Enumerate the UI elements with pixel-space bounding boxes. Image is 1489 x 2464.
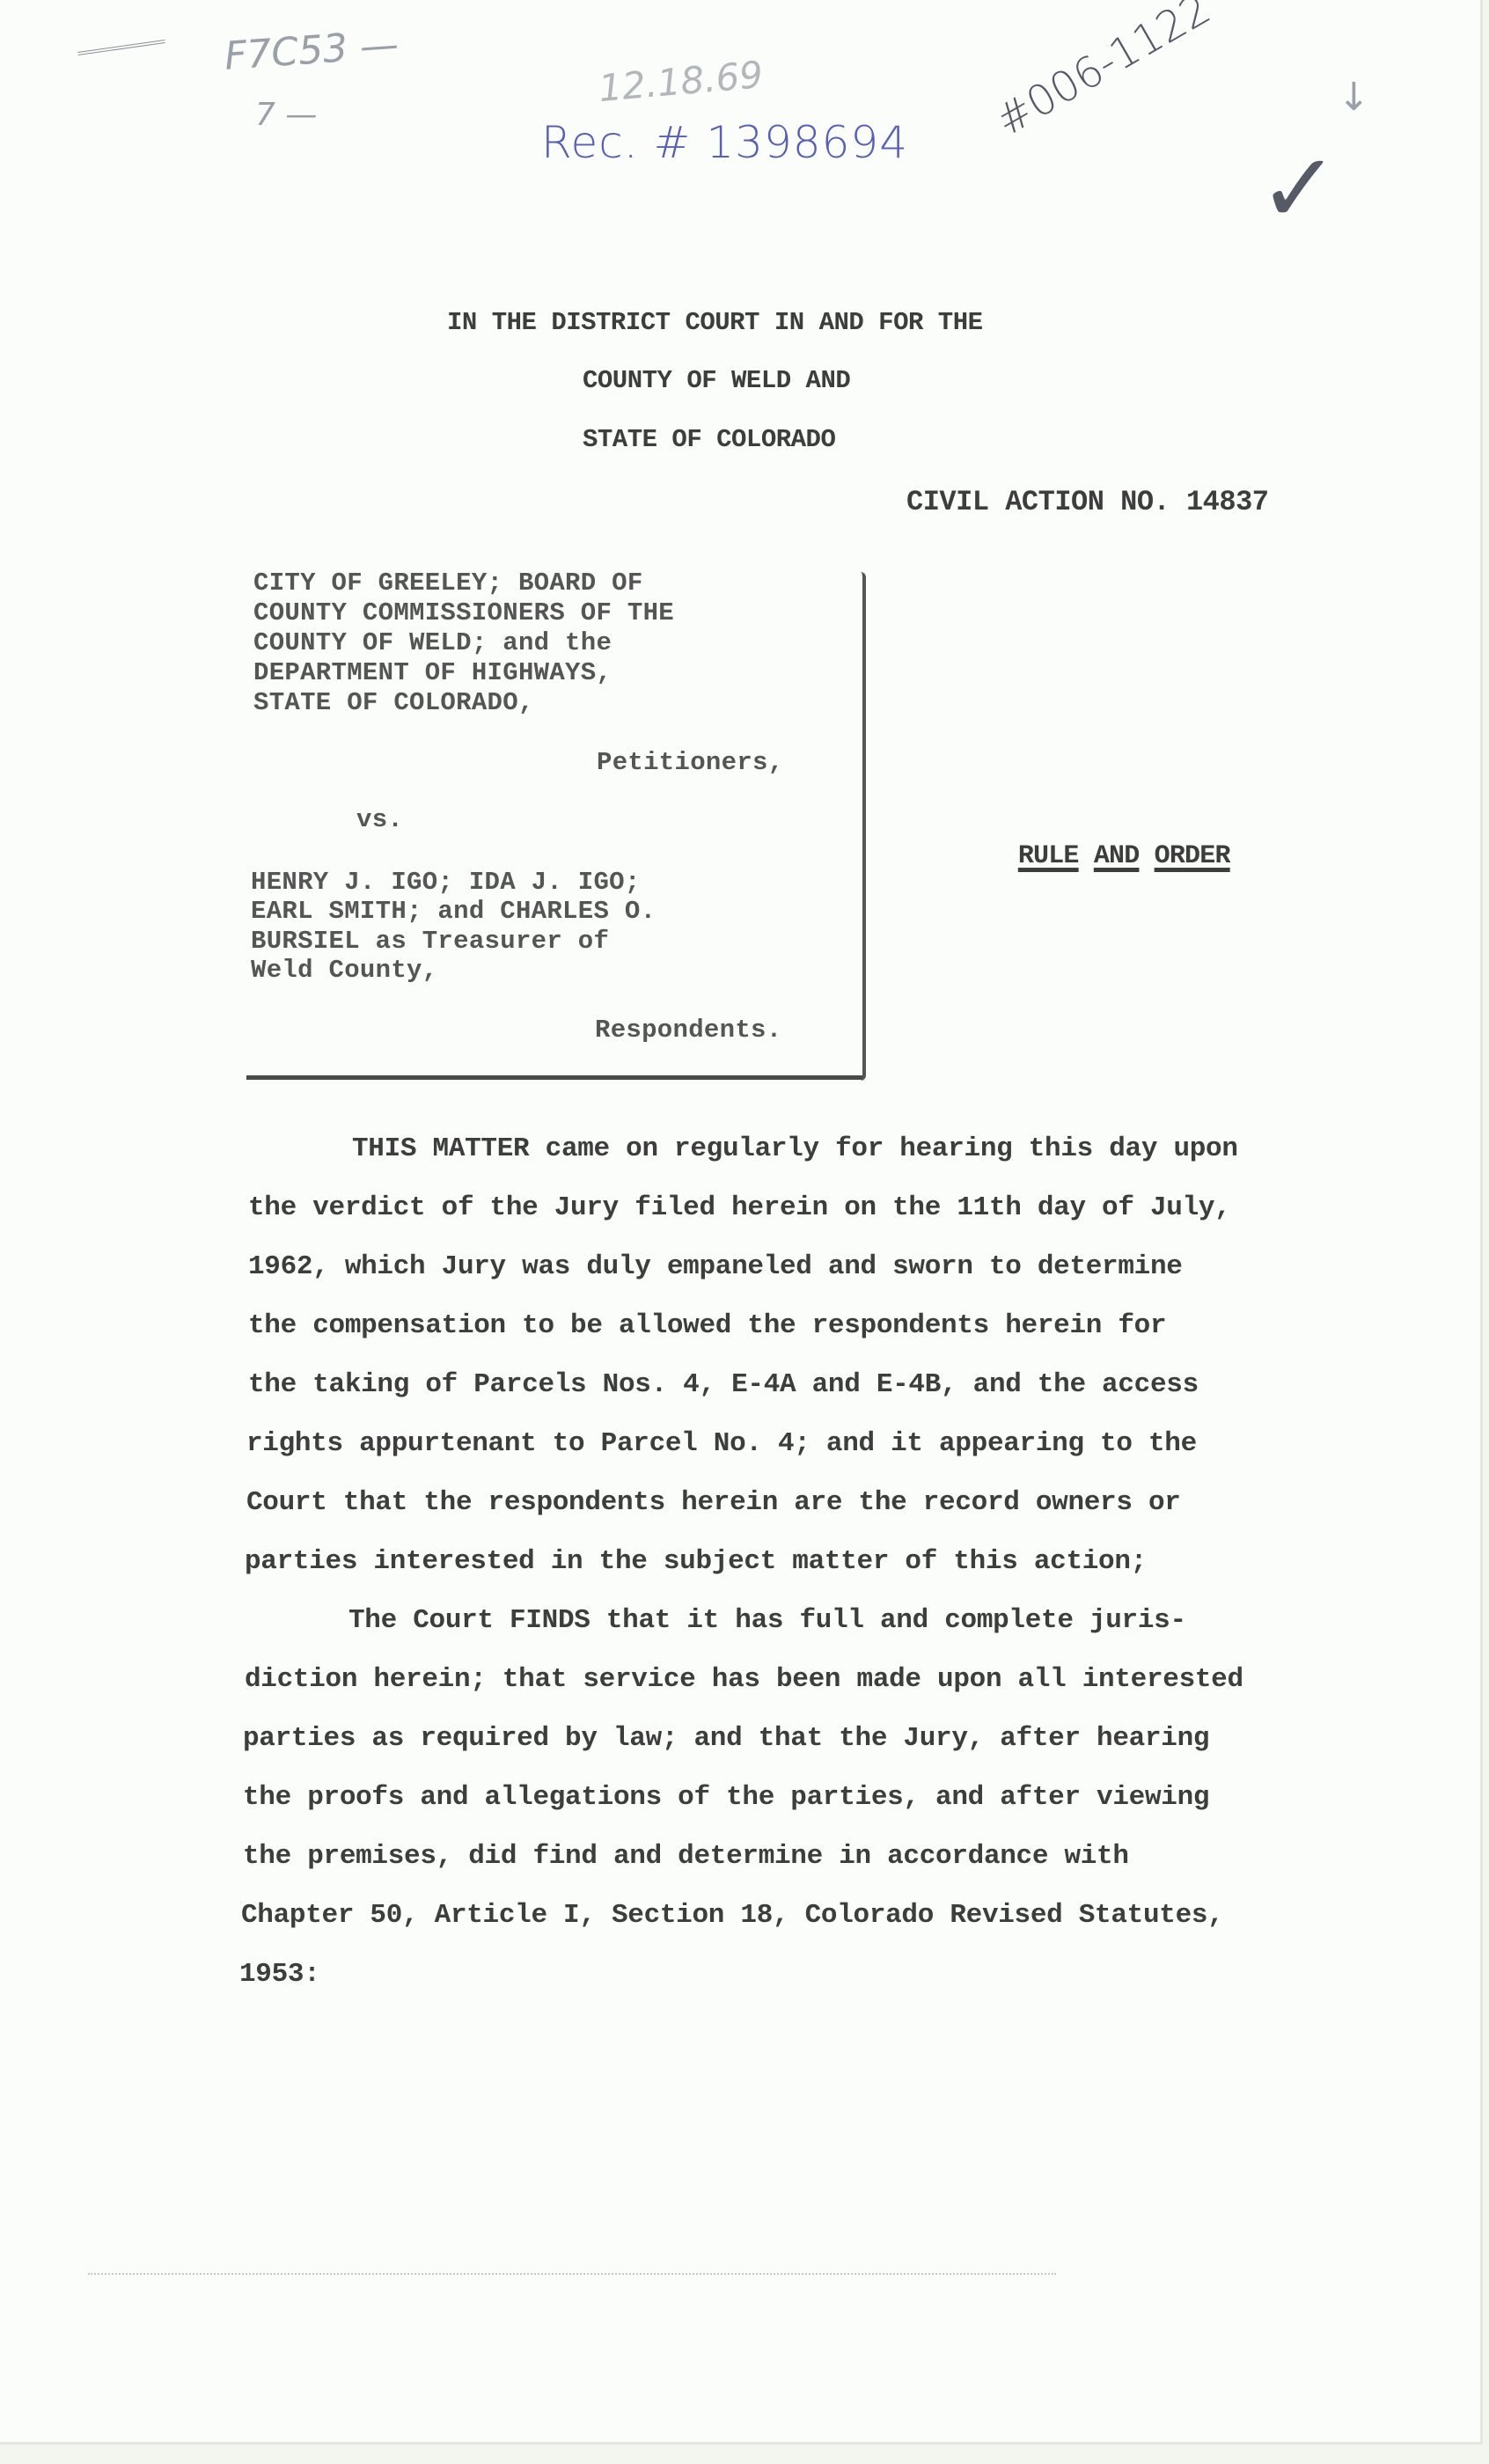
body-line: the premises, did find and determine in … xyxy=(243,1841,1129,1872)
staple-mark xyxy=(77,40,165,55)
body-line: The Court FINDS that it has full and com… xyxy=(348,1605,1186,1636)
title-word-rule: RULE xyxy=(1018,841,1079,871)
body-line: parties interested in the subject matter… xyxy=(245,1546,1147,1577)
respondent-line: HENRY J. IGO; IDA J. IGO; xyxy=(251,868,641,897)
court-name-line-3: STATE OF COLORADO xyxy=(583,425,835,454)
versus-label: vs. xyxy=(356,805,403,834)
pencil-note-file-code: F7C53 — xyxy=(223,22,400,79)
body-line: the taking of Parcels Nos. 4, E-4A and E… xyxy=(248,1369,1199,1400)
petitioners-label: Petitioners, xyxy=(597,748,783,777)
petitioner-line: CITY OF GREELEY; BOARD OF xyxy=(253,568,643,598)
respondent-line: EARL SMITH; and CHARLES O. xyxy=(251,897,656,926)
body-line: the compensation to be allowed the respo… xyxy=(248,1310,1166,1341)
document-page: F7C53 — 7 — 12.18.69 Rec. # 1398694 #006… xyxy=(0,0,1483,2445)
faint-scan-artifact-line xyxy=(88,2273,1056,2275)
civil-action-number: CIVIL ACTION NO. 14837 xyxy=(906,486,1268,518)
title-word-order: ORDER xyxy=(1155,841,1230,871)
record-number-stamp: Rec. # 1398694 xyxy=(541,117,908,168)
checkmark-icon: ✓ xyxy=(1258,132,1339,245)
respondent-line: BURSIEL as Treasurer of xyxy=(251,927,609,956)
title-word-and: AND xyxy=(1094,841,1140,871)
body-line: Chapter 50, Article I, Section 18, Color… xyxy=(241,1900,1224,1931)
caption-bottom-rule xyxy=(246,1075,862,1080)
body-line: the verdict of the Jury filed herein on … xyxy=(248,1192,1231,1223)
petitioner-line: COUNTY OF WELD; and the xyxy=(253,628,612,657)
petitioner-line: DEPARTMENT OF HIGHWAYS, xyxy=(253,658,612,687)
corner-arrow-icon: ↓ xyxy=(1338,75,1370,120)
respondent-line: Weld County, xyxy=(251,956,437,985)
court-name-line-1: IN THE DISTRICT COURT IN AND FOR THE xyxy=(447,308,983,337)
caption-brace-divider xyxy=(855,572,866,1081)
body-line: THIS MATTER came on regularly for hearin… xyxy=(352,1133,1238,1164)
court-name-line-2: COUNTY OF WELD AND xyxy=(583,366,850,395)
body-line: the proofs and allegations of the partie… xyxy=(243,1782,1209,1813)
respondents-label: Respondents. xyxy=(595,1016,781,1045)
petitioner-line: COUNTY COMMISSIONERS OF THE xyxy=(253,598,674,627)
document-title: RULE AND ORDER xyxy=(957,811,1230,901)
body-line: 1962, which Jury was duly empaneled and … xyxy=(248,1251,1183,1282)
petitioner-line: STATE OF COLORADO, xyxy=(253,688,534,717)
body-line: Court that the respondents herein are th… xyxy=(246,1487,1181,1518)
pencil-note-secondary: 7 — xyxy=(255,97,317,133)
body-line: diction herein; that service has been ma… xyxy=(245,1664,1243,1695)
handwritten-reference-number: #006-1122 xyxy=(987,0,1219,146)
body-line: 1953: xyxy=(239,1959,320,1990)
body-line: parties as required by law; and that the… xyxy=(243,1723,1209,1754)
body-line: rights appurtenant to Parcel No. 4; and … xyxy=(246,1428,1197,1459)
pencil-note-date: 12.18.69 xyxy=(597,53,765,110)
